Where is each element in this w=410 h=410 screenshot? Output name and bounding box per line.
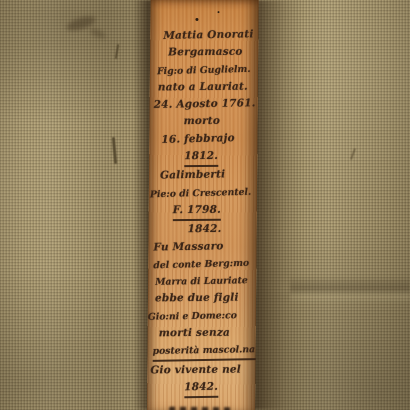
inscription-line: Galimberti [160,167,226,185]
inscription-line: Fig:o di Guglielm. [157,60,251,80]
inscription-line: Gio:ni e Dome:co [148,307,237,326]
inscription-line: ebbe due figli [155,290,239,308]
inscription-line: 24. Agosto 1761. [154,95,256,114]
inscription-line-underlined: 1842. [184,379,218,399]
inscription-line: 16. febbrajo [162,130,236,149]
inscription-line: Fu Massaro [153,238,223,257]
inscription-line-underlined: F. 1798. [173,202,221,222]
inscription-line: Mattia Onorati [163,26,254,45]
inscription-line: Marra di Lauriate [155,272,248,291]
nail-hole [217,11,219,13]
inscription-line: 1842. [188,221,222,239]
inscription-line: Bergamasco [168,44,243,62]
inscription-line: morti senza [159,325,230,343]
inscription-line: Pie:o di Crescentel. [150,183,252,203]
inscription-line: nato a Lauriat. [158,79,248,97]
photo-inscribed-wood-strip-on-burlap: Mattia Onorati Bergamasco Fig:o di Gugli… [0,0,410,410]
nail-hole [195,18,198,21]
inscription-line: Gio vivente nel [150,361,241,379]
handwritten-inscription: Mattia Onorati Bergamasco Fig:o di Gugli… [151,27,254,399]
canvas-fold-crease [290,276,410,304]
inscription-line: morto [183,113,220,131]
strip-right-shadow-crease [250,0,304,410]
inscription-line-underlined: 1812. [184,148,218,168]
inscribed-wood-strip: Mattia Onorati Bergamasco Fig:o di Gugli… [147,0,259,410]
inscription-line-underlined: posterità mascol.na [152,341,255,362]
